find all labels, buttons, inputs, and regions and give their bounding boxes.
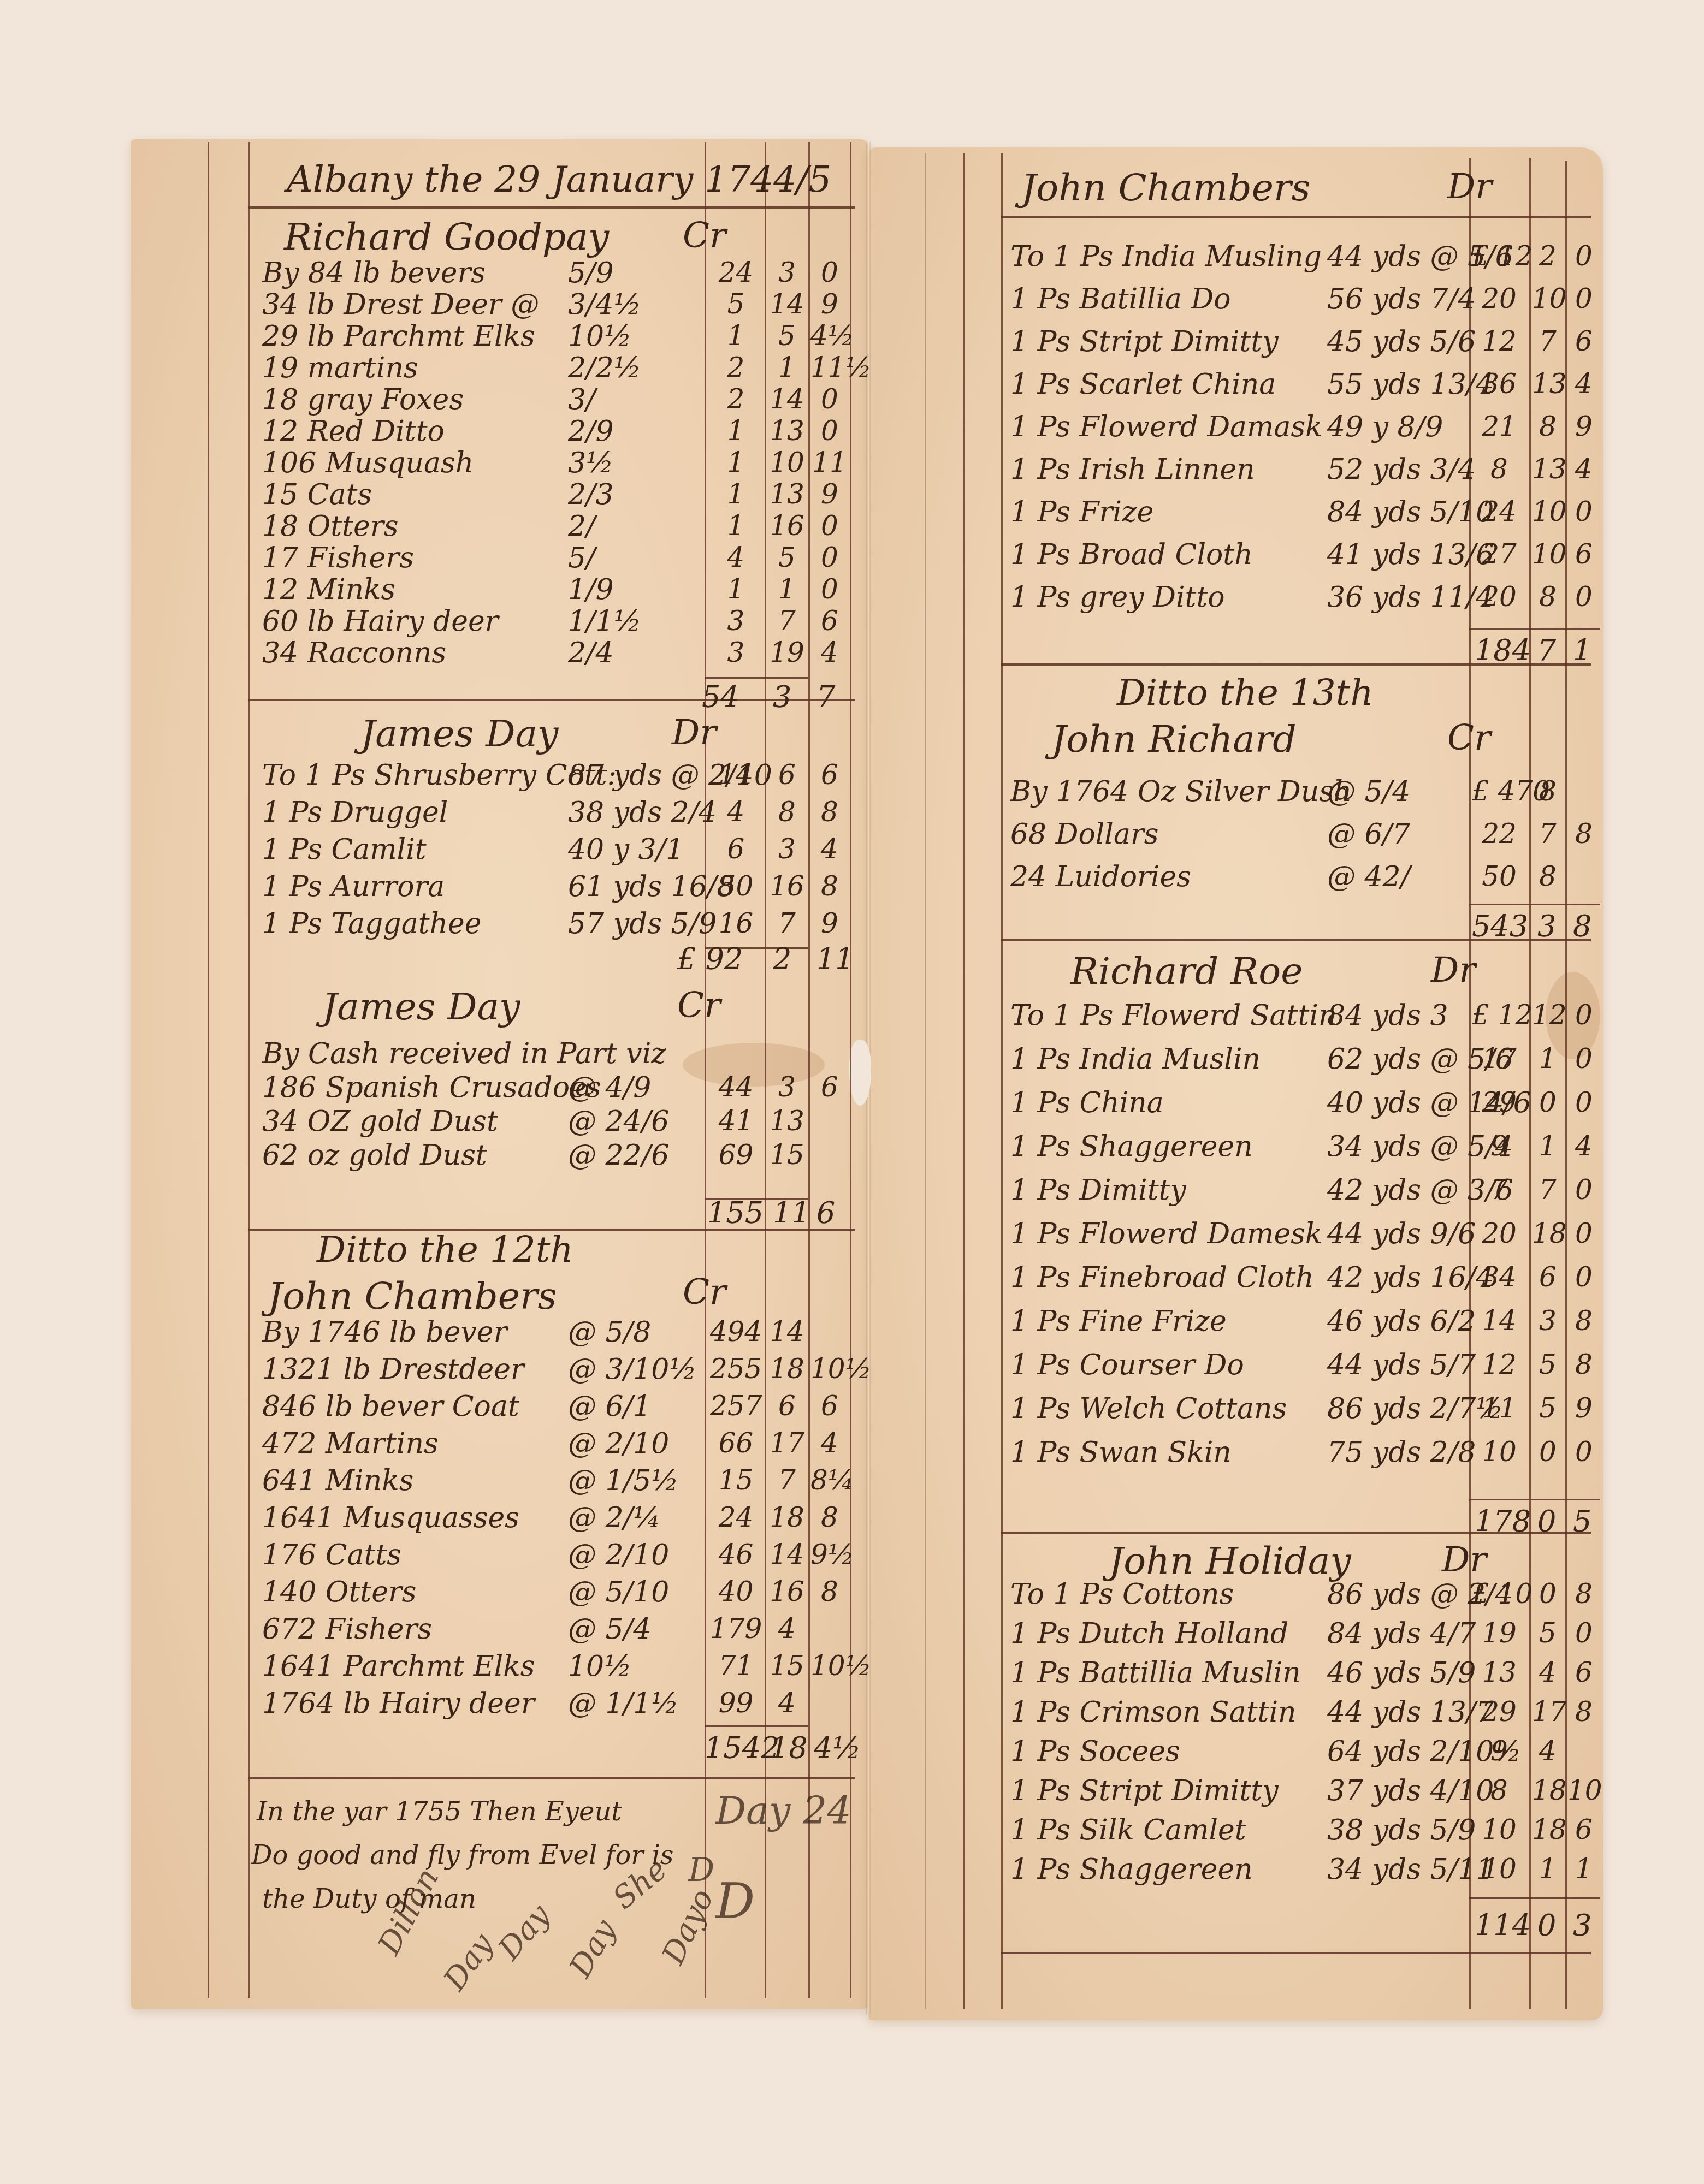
entry-pounds: 1 xyxy=(710,510,762,542)
entry-shillings: 16 xyxy=(767,510,807,542)
entry-pence: 4 xyxy=(1567,368,1600,400)
entry-pounds: 10 xyxy=(1472,1853,1526,1885)
section-total-shillings: 7 xyxy=(1537,633,1556,668)
shillings-column-rule xyxy=(1529,158,1531,2009)
entry-rate: 84 yds 3 xyxy=(1327,999,1448,1032)
entry-rate: 34 yds 5/11 xyxy=(1327,1853,1494,1886)
entry-pounds: 179 xyxy=(710,1613,762,1645)
entry-pence: 11 xyxy=(810,447,849,478)
section-total-shillings: 2 xyxy=(773,942,791,976)
entry-pounds: 1 xyxy=(710,415,762,447)
margin-rule xyxy=(963,153,965,2009)
paper-hole xyxy=(849,1040,871,1106)
entry-rate: 3/ xyxy=(568,383,596,416)
entry-rate: @ 2/10 xyxy=(568,1539,669,1571)
entry-pounds: 40 xyxy=(710,1576,762,1607)
account-name: James Day xyxy=(322,986,520,1029)
entry-pence: 0 xyxy=(1567,1087,1600,1118)
entry-rate: 3/4½ xyxy=(568,288,641,321)
entry-pounds: 5 xyxy=(710,288,762,320)
section-total-pounds: 155 xyxy=(707,1196,764,1230)
entry-pounds: 1 xyxy=(710,478,762,510)
entry-description: By 1746 lb bever xyxy=(262,1316,507,1349)
entry-pounds: 6 xyxy=(710,833,762,865)
entry-pounds: 24 xyxy=(710,257,762,288)
signature-scribble: Day 24 xyxy=(715,1788,851,1833)
entry-shillings: 14 xyxy=(767,1539,807,1570)
entry-rate: 56 yds 7/4 xyxy=(1327,283,1476,316)
entry-pounds: 41 xyxy=(710,1105,762,1137)
entry-description: 1 Ps Camlit xyxy=(262,833,427,866)
entry-pence: 8 xyxy=(810,1576,849,1607)
entry-description: 186 Spanish Crusadoes xyxy=(262,1071,601,1104)
entry-description: 1 Ps Flowerd Damesk xyxy=(1010,1218,1322,1250)
entry-description: 1 Ps Silk Camlet xyxy=(1010,1814,1246,1847)
entry-pounds: 20 xyxy=(1472,581,1526,613)
total-rule xyxy=(705,1725,808,1727)
entry-description: 1641 Musquasses xyxy=(262,1501,519,1534)
entry-rate: 36 yds 11/4 xyxy=(1327,581,1494,614)
entry-description: To 1 Ps Flowerd Sattin xyxy=(1010,999,1336,1032)
entry-pence: 9 xyxy=(1567,1392,1600,1424)
section-rule xyxy=(248,1777,855,1779)
entry-pounds: 13 xyxy=(1472,1657,1526,1688)
entry-pence: 6 xyxy=(1567,1657,1600,1688)
section-total-pence: 7 xyxy=(816,680,835,714)
entry-shillings: 4 xyxy=(767,1613,807,1645)
entry-description: 140 Otters xyxy=(262,1576,417,1609)
section-total-pounds: 178 xyxy=(1475,1504,1531,1539)
entry-pounds: 19 xyxy=(1472,1617,1526,1649)
entry-pounds: 10 xyxy=(1472,1436,1526,1468)
entry-rate: 2/4 xyxy=(568,637,614,669)
entry-rate: @ 3/10½ xyxy=(568,1353,697,1386)
entry-description: 106 Musquash xyxy=(262,447,474,479)
entry-pounds: 14 xyxy=(710,759,762,791)
entry-shillings: 5 xyxy=(1532,1617,1564,1649)
entry-description: 1 Ps Aurrora xyxy=(262,870,445,903)
entry-pence: 0 xyxy=(1567,1218,1600,1249)
entry-rate: 38 yds 2/4 xyxy=(568,796,717,829)
entry-description: 1 Ps Socees xyxy=(1010,1735,1180,1768)
entry-shillings: 10 xyxy=(767,447,807,478)
entry-pounds: 15 xyxy=(710,1464,762,1496)
account-name: John Chambers xyxy=(268,1275,557,1318)
entry-shillings: 8 xyxy=(1532,411,1564,442)
section-total-pence: 8 xyxy=(1573,909,1591,943)
entry-pence: 9½ xyxy=(810,1539,849,1570)
entry-pence: 9 xyxy=(1567,411,1600,442)
entry-description: 1 Ps Scarlet China xyxy=(1010,368,1276,401)
entry-pounds: 29 xyxy=(1472,1696,1526,1728)
entry-rate: @ 5/10 xyxy=(568,1576,669,1609)
entry-shillings: 4 xyxy=(767,1687,807,1719)
entry-shillings: 8 xyxy=(1532,581,1564,613)
entry-shillings: 7 xyxy=(767,1464,807,1496)
entry-pounds: 46 xyxy=(710,1539,762,1570)
entry-pounds: 12 xyxy=(1472,325,1526,357)
entry-description: To 1 Ps Shrusberry Cott: xyxy=(262,759,617,792)
entry-pounds: 34 xyxy=(1472,1261,1526,1293)
entry-rate: 10½ xyxy=(568,1650,632,1683)
entry-pounds: 1 xyxy=(710,573,762,605)
entry-pence: 0 xyxy=(810,542,849,573)
entry-pence: 10 xyxy=(1567,1775,1600,1806)
debit-marker: Dr xyxy=(1431,950,1476,990)
entry-shillings: 3 xyxy=(1532,1305,1564,1337)
entry-rate: @ 1/5½ xyxy=(568,1464,679,1497)
entry-description: 1321 lb Drestdeer xyxy=(262,1353,524,1386)
entry-rate: 40 y 3/1 xyxy=(568,833,684,866)
entry-rate: 44 yds 5/7 xyxy=(1327,1349,1476,1381)
entry-description: 1 Ps Dutch Holland xyxy=(1010,1617,1288,1650)
entry-shillings: 16 xyxy=(767,870,807,902)
entry-rate: 10½ xyxy=(568,320,632,353)
entry-shillings: 10 xyxy=(1532,496,1564,527)
entry-pounds: 12 xyxy=(1472,1349,1526,1380)
total-rule xyxy=(705,677,808,679)
section-total-pounds: 184 xyxy=(1475,633,1531,668)
entry-description: 1 Ps Crimson Sattin xyxy=(1010,1696,1297,1729)
section-total-pounds: 543 xyxy=(1472,909,1528,943)
footer-note-line: the Duty of man xyxy=(262,1884,476,1914)
account-name: James Day xyxy=(360,713,559,756)
entry-description: 1 Ps China xyxy=(1010,1087,1164,1119)
entry-shillings: 3 xyxy=(767,257,807,288)
entry-rate: @ 1/1½ xyxy=(568,1687,679,1720)
entry-rate: 49 y 8/9 xyxy=(1327,411,1443,443)
entry-rate: @ 2/10 xyxy=(568,1427,669,1460)
entry-pence: 8 xyxy=(1567,818,1600,850)
debit-marker: Dr xyxy=(672,713,717,753)
entry-pounds: 20 xyxy=(1472,1218,1526,1249)
entry-pounds: 257 xyxy=(710,1390,762,1422)
entry-pounds: 16 xyxy=(710,907,762,939)
entry-pence: 0 xyxy=(810,383,849,415)
entry-pence: 8 xyxy=(1567,1305,1600,1337)
entry-rate: @ 42/ xyxy=(1327,860,1410,893)
entry-pounds: 50 xyxy=(1472,860,1526,892)
entry-rate: 1/9 xyxy=(568,573,614,606)
entry-rate: @ 6/7 xyxy=(1327,818,1410,851)
entry-pence: 0 xyxy=(810,510,849,542)
entry-shillings: 18 xyxy=(1532,1218,1564,1249)
entry-pounds: 21 xyxy=(1472,411,1526,442)
entry-shillings: 4 xyxy=(1532,1735,1564,1767)
entry-description: 1 Ps Batillia Do xyxy=(1010,283,1231,316)
entry-rate: 75 yds 2/8 xyxy=(1327,1436,1476,1469)
entry-shillings: 14 xyxy=(767,1316,807,1348)
entry-pounds: 4 xyxy=(710,796,762,828)
entry-pounds: 2 xyxy=(710,383,762,415)
entry-shillings: 0 xyxy=(1532,1578,1564,1610)
margin-rule xyxy=(248,142,250,1998)
section-total-pounds: 114 xyxy=(1475,1908,1531,1943)
section-total-shillings: 3 xyxy=(773,680,791,714)
entry-rate: 44 yds 13/7 xyxy=(1327,1696,1494,1729)
entry-pence: 8 xyxy=(1567,1696,1600,1728)
entry-description: 1641 Parchmt Elks xyxy=(262,1650,535,1683)
entry-shillings: 10 xyxy=(1532,283,1564,314)
entry-pence: 9 xyxy=(810,288,849,320)
entry-pence: 4 xyxy=(810,1427,849,1459)
total-rule xyxy=(1469,904,1600,905)
entry-pence: 10½ xyxy=(810,1353,849,1385)
entry-rate: 45 yds 5/6 xyxy=(1327,325,1476,358)
section-total-shillings: 0 xyxy=(1537,1908,1556,1943)
entry-description: 62 oz gold Dust xyxy=(262,1139,487,1172)
entry-description: 34 Racconns xyxy=(262,637,446,669)
section-total-shillings: 3 xyxy=(1537,909,1556,943)
entry-description: 24 Luidories xyxy=(1010,860,1191,893)
entry-pence: 0 xyxy=(1567,1617,1600,1649)
entry-shillings: 2 xyxy=(1532,240,1564,272)
entry-description: 1 Ps Taggathee xyxy=(262,907,482,940)
entry-rate: @ 22/6 xyxy=(568,1139,669,1172)
entry-rate: 2/2½ xyxy=(568,352,641,384)
entry-pence: 0 xyxy=(1567,1261,1600,1293)
entry-pounds: 8 xyxy=(1472,1775,1526,1806)
entry-description: 1 Ps Irish Linnen xyxy=(1010,453,1255,486)
shillings-column-rule xyxy=(765,142,766,1998)
entry-shillings: 1 xyxy=(1532,1043,1564,1075)
entry-shillings: 10 xyxy=(1532,538,1564,570)
date-line: Ditto the 12th xyxy=(317,1228,573,1271)
entry-shillings: 16 xyxy=(767,1576,807,1607)
header-rule xyxy=(1001,216,1591,218)
entry-shillings: 5 xyxy=(1532,1392,1564,1424)
entry-pounds: 24 xyxy=(1472,496,1526,527)
entry-rate: @ 5/4 xyxy=(568,1613,651,1646)
entry-pence: 0 xyxy=(1567,999,1600,1031)
credit-marker: Cr xyxy=(683,216,726,256)
entry-pence: 4½ xyxy=(810,320,849,352)
entry-rate: 1/1½ xyxy=(568,605,641,638)
entry-description: By Cash received in Part viz xyxy=(262,1037,666,1070)
section-total-shillings: 0 xyxy=(1537,1504,1556,1539)
entry-description: 472 Martins xyxy=(262,1427,439,1460)
page-heading: Albany the 29 January 1744/5 xyxy=(287,158,831,200)
entry-shillings: 7 xyxy=(767,605,807,637)
entry-description: 1 Ps Courser Do xyxy=(1010,1349,1244,1381)
entry-shillings: 0 xyxy=(1532,1436,1564,1468)
entry-shillings: 17 xyxy=(767,1427,807,1459)
entry-pence: 6 xyxy=(1567,325,1600,357)
entry-pence: 6 xyxy=(810,1071,849,1103)
entry-pence: 4 xyxy=(1567,453,1600,485)
entry-description: 1 Ps Finebroad Cloth xyxy=(1010,1261,1314,1294)
section-rule xyxy=(248,699,855,701)
entry-shillings: 18 xyxy=(1532,1814,1564,1845)
entry-rate: @ 5/4 xyxy=(1327,775,1410,808)
entry-rate: @ 24/6 xyxy=(568,1105,669,1138)
entry-pence: 0 xyxy=(810,415,849,447)
entry-pounds: 71 xyxy=(710,1650,762,1682)
section-total-pence: 5 xyxy=(1573,1504,1591,1539)
margin-rule xyxy=(925,153,926,2009)
entry-pence: 8 xyxy=(810,796,849,828)
entry-description: 1 Ps Dimitty xyxy=(1010,1174,1186,1207)
margin-rule xyxy=(1001,153,1003,2009)
entry-description: 1 Ps Stript Dimitty xyxy=(1010,1775,1279,1807)
section-total-pounds: £ 92 xyxy=(677,942,743,976)
entry-description: 1 Ps Flowerd Damask xyxy=(1010,411,1323,443)
footer-note-line: Do good and fly from Evel for is xyxy=(251,1840,673,1871)
signature-scribble: D xyxy=(688,1851,714,1889)
entry-shillings: 6 xyxy=(767,759,807,791)
debit-marker: Dr xyxy=(1447,167,1492,207)
entry-description: 1 Ps Stript Dimitty xyxy=(1010,325,1279,358)
entry-description: 1 Ps Frize xyxy=(1010,496,1153,529)
entry-pounds: 1 xyxy=(710,320,762,352)
entry-pounds: 99 xyxy=(710,1687,762,1719)
section-total-pounds: 1542 xyxy=(705,1731,779,1765)
entry-shillings: 6 xyxy=(1532,1261,1564,1293)
entry-pounds: £ 10 xyxy=(1472,1578,1526,1610)
entry-rate: 44 yds 9/6 xyxy=(1327,1218,1476,1250)
entry-shillings: 7 xyxy=(1532,818,1564,850)
credit-marker: Cr xyxy=(1447,718,1491,758)
section-total-pence: 6 xyxy=(816,1196,835,1230)
entry-pounds: 17 xyxy=(1472,1043,1526,1075)
entry-pence: 6 xyxy=(810,1390,849,1422)
entry-pence: 4 xyxy=(810,833,849,865)
credit-marker: Cr xyxy=(683,1272,726,1313)
entry-description: 15 Cats xyxy=(262,478,372,511)
entry-description: 19 martins xyxy=(262,352,418,384)
entry-description: To 1 Ps Cottons xyxy=(1010,1578,1234,1611)
entry-pence: 4 xyxy=(810,637,849,668)
entry-description: 641 Minks xyxy=(262,1464,413,1497)
footer-note-line: In the yar 1755 Then Eyeut xyxy=(257,1796,622,1827)
entry-shillings: 13 xyxy=(767,478,807,510)
entry-shillings: 7 xyxy=(1532,325,1564,357)
total-rule xyxy=(1469,628,1600,630)
entry-shillings: 3 xyxy=(767,1071,807,1103)
entry-description: 18 gray Foxes xyxy=(262,383,464,416)
entry-shillings: 1 xyxy=(1532,1130,1564,1162)
entry-shillings: 0 xyxy=(1532,1087,1564,1118)
entry-pence: 9 xyxy=(810,478,849,510)
entry-description: 1 Ps India Muslin xyxy=(1010,1043,1261,1076)
entry-description: 1 Ps Shaggereen xyxy=(1010,1130,1253,1163)
entry-pounds: 2 xyxy=(710,352,762,383)
entry-pence: 8 xyxy=(810,870,849,902)
pounds-column-rule xyxy=(1469,158,1471,2009)
entry-pounds: 14 xyxy=(1472,1305,1526,1337)
pence-column-rule xyxy=(1565,161,1567,2009)
entry-pounds: 7 xyxy=(1472,1174,1526,1206)
entry-description: 60 lb Hairy deer xyxy=(262,605,499,638)
entry-description: 1 Ps Druggel xyxy=(262,796,448,829)
entry-pounds: 3 xyxy=(710,637,762,668)
entry-rate: @ 2/¼ xyxy=(568,1501,661,1534)
entry-description: 672 Fishers xyxy=(262,1613,432,1646)
entry-pence: 6 xyxy=(810,605,849,637)
entry-shillings: 7 xyxy=(1532,1174,1564,1206)
entry-description: 17 Fishers xyxy=(262,542,414,574)
entry-pence: 0 xyxy=(1567,1043,1600,1075)
entry-pence: 1 xyxy=(1567,1853,1600,1885)
entry-shillings: 13 xyxy=(767,1105,807,1137)
entry-description: 1764 lb Hairy deer xyxy=(262,1687,535,1720)
entry-pounds: 10 xyxy=(1472,1814,1526,1845)
entry-description: By 84 lb bevers xyxy=(262,257,486,289)
entry-pence: 8¼ xyxy=(810,1464,849,1496)
entry-pounds: 66 xyxy=(710,1427,762,1459)
entry-shillings: 8 xyxy=(1532,775,1564,807)
entry-description: 18 Otters xyxy=(262,510,398,543)
entry-pounds: 50 xyxy=(710,870,762,902)
pence-column-rule xyxy=(808,142,810,1998)
entry-pounds: 4 xyxy=(710,542,762,573)
entry-shillings: 8 xyxy=(767,796,807,828)
entry-pence: 0 xyxy=(810,257,849,288)
entry-pounds: 22 xyxy=(1472,818,1526,850)
entry-description: 34 lb Drest Deer @ xyxy=(262,288,539,321)
entry-shillings: 14 xyxy=(767,288,807,320)
entry-rate: 3½ xyxy=(568,447,613,479)
entry-pounds: £ 470 xyxy=(1472,775,1526,807)
entry-rate: 41 yds 13/6 xyxy=(1327,538,1494,571)
entry-shillings: 1 xyxy=(767,352,807,383)
entry-description: 1 Ps Fine Frize xyxy=(1010,1305,1227,1338)
entry-shillings: 18 xyxy=(1532,1775,1564,1806)
entry-shillings: 5 xyxy=(767,542,807,573)
account-name: Richard Roe xyxy=(1070,950,1303,993)
entry-shillings: 15 xyxy=(767,1650,807,1682)
entry-rate: 42 yds 16/4 xyxy=(1327,1261,1494,1294)
entry-shillings: 8 xyxy=(1532,860,1564,892)
entry-pence: 8 xyxy=(1567,1578,1600,1610)
entry-pence: 6 xyxy=(1567,1814,1600,1845)
entry-pence: 8 xyxy=(810,1501,849,1533)
entry-description: 1 Ps Shaggereen xyxy=(1010,1853,1253,1886)
entry-pence: 0 xyxy=(810,573,849,605)
entry-pence: 4 xyxy=(1567,1130,1600,1162)
entry-shillings: 3 xyxy=(767,833,807,865)
entry-shillings: 12 xyxy=(1532,999,1564,1031)
section-total-pence: 11 xyxy=(816,942,854,976)
section-total-shillings: 11 xyxy=(773,1196,810,1230)
entry-rate: 57 yds 5/9 xyxy=(568,907,717,940)
entry-pounds: 9 xyxy=(1472,1130,1526,1162)
entry-rate: 37 yds 4/10 xyxy=(1327,1775,1494,1807)
entry-shillings: 19 xyxy=(767,637,807,668)
entry-shillings: 18 xyxy=(767,1353,807,1385)
entry-pence: 8 xyxy=(1567,1349,1600,1380)
debit-marker: Dr xyxy=(1442,1540,1487,1580)
total-rule xyxy=(1469,1499,1600,1500)
entry-pence: 0 xyxy=(1567,1436,1600,1468)
entry-rate: @ 4/9 xyxy=(568,1071,651,1104)
entry-pounds: 255 xyxy=(710,1353,762,1385)
account-name: John Chambers xyxy=(1021,167,1310,210)
entry-shillings: 4 xyxy=(1532,1657,1564,1688)
entry-pounds: 3 xyxy=(710,605,762,637)
entry-pence: 6 xyxy=(1567,538,1600,570)
entry-shillings: 7 xyxy=(767,907,807,939)
credit-marker: Cr xyxy=(677,986,721,1026)
entry-pence: 11½ xyxy=(810,352,849,383)
section-total-pence: 1 xyxy=(1573,633,1591,668)
entry-pounds: 20 xyxy=(1472,283,1526,314)
entry-pounds: 8 xyxy=(1472,453,1526,485)
entry-pounds: £ 12 xyxy=(1472,999,1526,1031)
entry-pence: 6 xyxy=(810,759,849,791)
section-total-pence: 3 xyxy=(1573,1908,1591,1943)
entry-rate: 2/9 xyxy=(568,415,614,448)
